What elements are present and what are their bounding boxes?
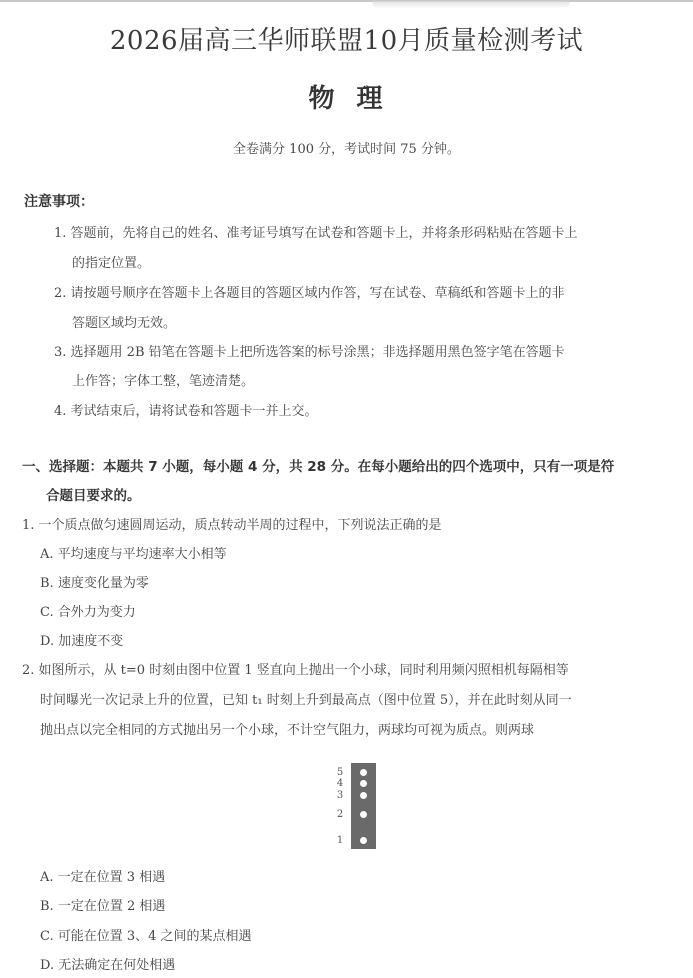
notice-line-2: 的指定位置。 [72,252,150,271]
subject-char-2: 理 [357,84,385,114]
strobe-photo-figure: 5 4 3 2 1 [335,763,385,853]
label-4: 4 [335,778,345,789]
question-2-option-a: A. 一定在位置 3 相遇 [40,866,165,885]
ball-position-1 [360,837,367,844]
question-1-option-b: B. 速度变化量为零 [40,572,149,591]
question-2-option-b: B. 一定在位置 2 相遇 [40,895,165,914]
ball-position-3 [360,792,367,799]
label-5: 5 [335,767,345,778]
question-1-stem: 1. 一个质点做匀速圆周运动，质点转动半周的过程中，下列说法正确的是 [22,514,442,533]
label-1: 1 [335,835,345,846]
section-heading-line-2: 合题目要求的。 [46,484,141,504]
top-shadow [372,1,570,9]
notice-line-1: 1. 答题前，先将自己的姓名、准考证号填写在试卷和答题卡上，并将条形码粘贴在答题… [54,222,578,241]
question-2-option-d: D. 无法确定在何处相遇 [40,954,175,973]
question-1-option-d: D. 加速度不变 [40,630,123,649]
ball-position-4 [360,780,367,787]
question-2-stem-line-2: 时间曝光一次记录上升的位置，已知 t₁ 时刻上升到最高点（图中位置 5），并在此… [40,689,572,708]
exam-meta: 全卷满分 100 分，考试时间 75 分钟。 [0,138,693,157]
ball-position-5 [360,769,367,776]
question-1-option-c: C. 合外力为变力 [40,601,136,620]
exam-title: 2026届高三华师联盟10月质量检测考试 [0,20,693,57]
notice-line-3: 2. 请按题号顺序在答题卡上各题目的答题区域内作答，写在试卷、草稿纸和答题卡上的… [54,282,565,301]
notice-line-6: 上作答；字体工整，笔迹清楚。 [72,370,254,389]
notice-line-7: 4. 考试结束后，请将试卷和答题卡一并上交。 [54,400,318,419]
figure-background [351,763,376,849]
section-heading-line-1: 一、选择题：本题共 7 小题，每小题 4 分，共 28 分。在每小题给出的四个选… [22,455,614,475]
label-3: 3 [335,790,345,801]
notice-line-5: 3. 选择题用 2B 铅笔在答题卡上把所选答案的标号涂黑；非选择题用黑色签字笔在… [54,341,565,360]
notice-line-4: 答题区域均无效。 [72,312,176,331]
top-border [0,0,693,2]
label-2: 2 [335,809,345,820]
subject-title: 物理 [0,78,693,115]
question-2-stem-line-3: 抛出点以完全相同的方式抛出另一个小球，不计空气阻力，两球均可视为质点。则两球 [40,719,534,738]
notice-heading: 注意事项： [24,191,94,211]
ball-position-2 [360,811,367,818]
question-2-option-c: C. 可能在位置 3、4 之间的某点相遇 [40,925,252,944]
question-2-stem-line-1: 2. 如图所示，从 t=0 时刻由图中位置 1 竖直向上抛出一个小球，同时利用频… [22,659,569,678]
question-1-option-a: A. 平均速度与平均速率大小相等 [40,543,227,562]
subject-char-1: 物 [308,84,336,114]
